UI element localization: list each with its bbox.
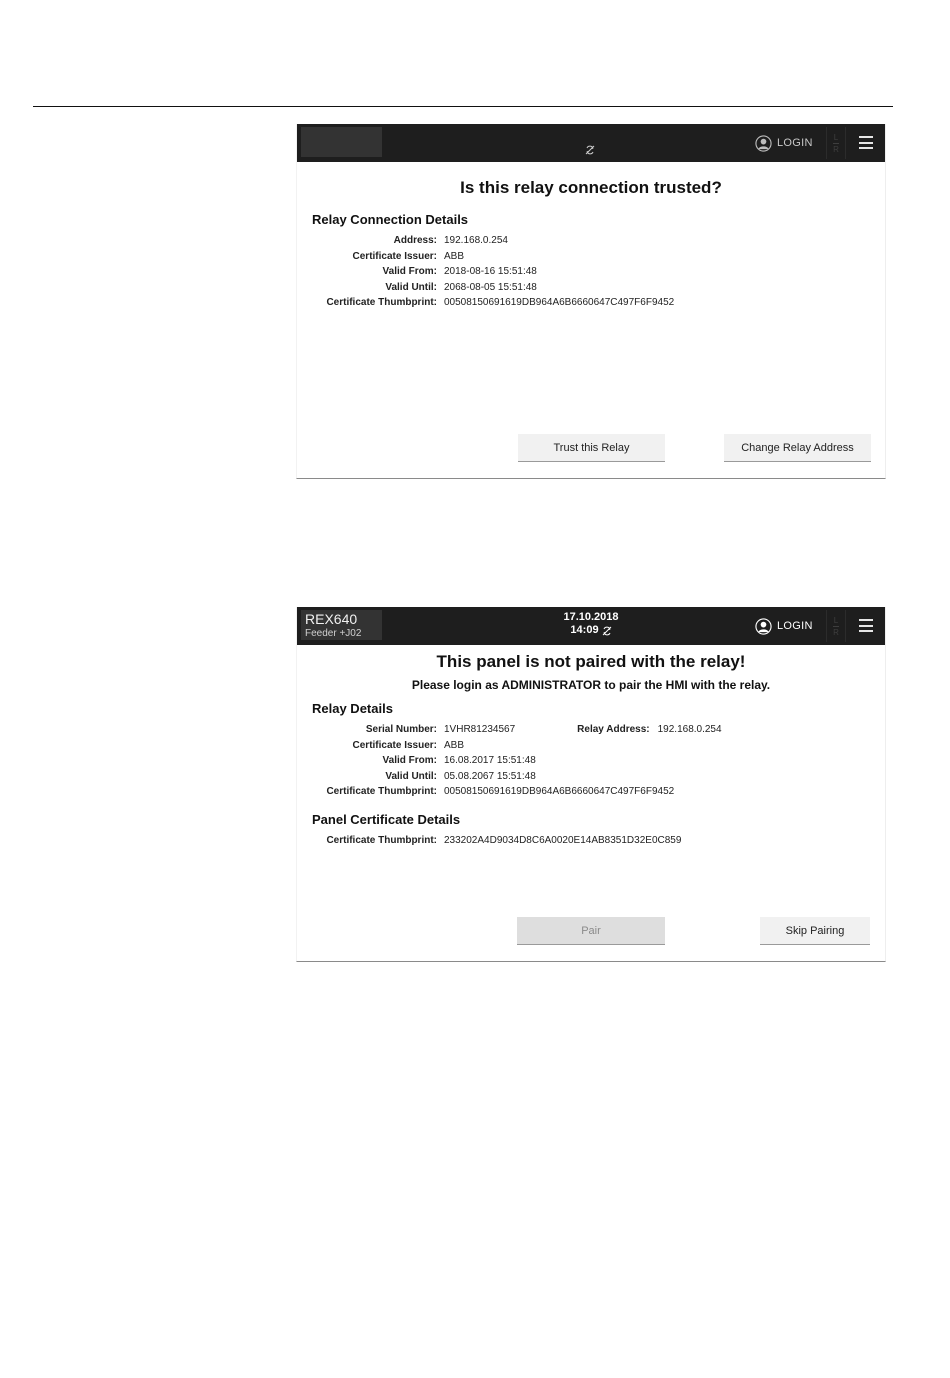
relay-trust-screen: LOGIN L R Is this relay connection trust…: [296, 124, 886, 479]
detail-row-address: Address: 192.168.0.254: [297, 233, 885, 249]
relay-address-value: 192.168.0.254: [658, 724, 722, 735]
detail-label: Valid Until:: [297, 282, 437, 293]
lr-separator: [833, 143, 839, 144]
detail-label: Address:: [297, 235, 437, 246]
panel-certificate-details: Certificate Thumbprint: 233202A4D9034D8C…: [297, 833, 885, 849]
remote-label: R: [833, 145, 839, 154]
top-bar: LOGIN L R: [297, 124, 885, 162]
detail-label: Certificate Thumbprint:: [297, 786, 437, 797]
relay-details: Serial Number: 1VHR81234567 Relay Addres…: [297, 722, 885, 800]
detail-row-valid-from: Valid From: 16.08.2017 15:51:48: [297, 753, 885, 769]
detail-value: ABB: [444, 740, 464, 751]
detail-label: Valid From:: [297, 266, 437, 277]
detail-value: ABB: [444, 251, 464, 262]
detail-value: 233202A4D9034D8C6A0020E14AB8351D32E0C859: [444, 835, 681, 846]
detail-row-valid-from: Valid From: 2018-08-16 15:51:48: [297, 264, 885, 280]
detail-row-issuer: Certificate Issuer: ABB: [297, 249, 885, 265]
pair-button[interactable]: Pair: [517, 917, 665, 945]
detail-label: Certificate Issuer:: [297, 251, 437, 262]
login-label: LOGIN: [777, 137, 813, 149]
page-header-rule: [33, 106, 893, 107]
local-label: L: [834, 616, 838, 625]
relay-details-title: Relay Details: [312, 701, 885, 716]
login-button[interactable]: LOGIN: [755, 607, 813, 645]
trust-relay-button[interactable]: Trust this Relay: [518, 434, 665, 462]
detail-value: 192.168.0.254: [444, 235, 508, 246]
section-title: Relay Connection Details: [312, 212, 885, 227]
remote-label: R: [833, 628, 839, 637]
detail-value: 00508150691619DB964A6B6660647C497F6F9452: [444, 297, 674, 308]
detail-value: 05.08.2067 15:51:48: [444, 771, 536, 782]
hamburger-menu-icon[interactable]: [859, 619, 873, 632]
skip-pairing-button[interactable]: Skip Pairing: [760, 917, 870, 945]
detail-row-panel-thumbprint: Certificate Thumbprint: 233202A4D9034D8C…: [297, 833, 885, 849]
panel-certificate-title: Panel Certificate Details: [312, 812, 885, 827]
pairing-screen: REX640 Feeder +J02 17.10.2018 14:09: [296, 607, 886, 962]
detail-label: Valid From:: [297, 755, 437, 766]
detail-value: 2068-08-05 15:51:48: [444, 282, 537, 293]
lr-separator: [833, 626, 839, 627]
detail-label: Certificate Thumbprint:: [297, 297, 437, 308]
time-label: 14:09: [570, 624, 598, 637]
detail-label: Certificate Thumbprint:: [297, 835, 437, 846]
detail-label: Certificate Issuer:: [297, 740, 437, 751]
detail-row-issuer: Certificate Issuer: ABB: [297, 738, 885, 754]
detail-row-valid-until: Valid Until: 05.08.2067 15:51:48: [297, 769, 885, 785]
detail-value: 2018-08-16 15:51:48: [444, 266, 537, 277]
sync-disabled-icon: [602, 626, 612, 636]
detail-value: 16.08.2017 15:51:48: [444, 755, 536, 766]
dialog-title: Is this relay connection trusted?: [297, 178, 885, 198]
relay-address-label: Relay Address:: [577, 724, 649, 735]
detail-value: 1VHR81234567: [444, 724, 515, 735]
detail-row-thumbprint: Certificate Thumbprint: 00508150691619DB…: [297, 295, 885, 311]
detail-label: Valid Until:: [297, 771, 437, 782]
local-remote-indicator[interactable]: L R: [826, 610, 846, 642]
local-label: L: [834, 133, 838, 142]
hamburger-menu-icon[interactable]: [859, 136, 873, 149]
user-icon: [755, 135, 772, 152]
device-info-button[interactable]: [301, 127, 382, 157]
local-remote-indicator[interactable]: L R: [826, 127, 846, 159]
dialog-title: This panel is not paired with the relay!: [297, 652, 885, 672]
dialog-subtitle: Please login as ADMINISTRATOR to pair th…: [297, 678, 885, 692]
detail-label: Serial Number:: [297, 724, 437, 735]
detail-row-thumbprint: Certificate Thumbprint: 00508150691619DB…: [297, 784, 885, 800]
relay-connection-details: Address: 192.168.0.254 Certificate Issue…: [297, 233, 885, 311]
login-label: LOGIN: [777, 620, 813, 632]
sync-disabled-icon: [585, 142, 595, 160]
user-icon: [755, 618, 772, 635]
top-bar: REX640 Feeder +J02 17.10.2018 14:09: [297, 607, 885, 645]
detail-row-valid-until: Valid Until: 2068-08-05 15:51:48: [297, 280, 885, 296]
login-button[interactable]: LOGIN: [755, 124, 813, 162]
detail-row-serial: Serial Number: 1VHR81234567 Relay Addres…: [297, 722, 885, 738]
detail-value: 00508150691619DB964A6B6660647C497F6F9452: [444, 786, 674, 797]
time-row: 14:09: [570, 624, 611, 637]
change-relay-address-button[interactable]: Change Relay Address: [724, 434, 871, 462]
